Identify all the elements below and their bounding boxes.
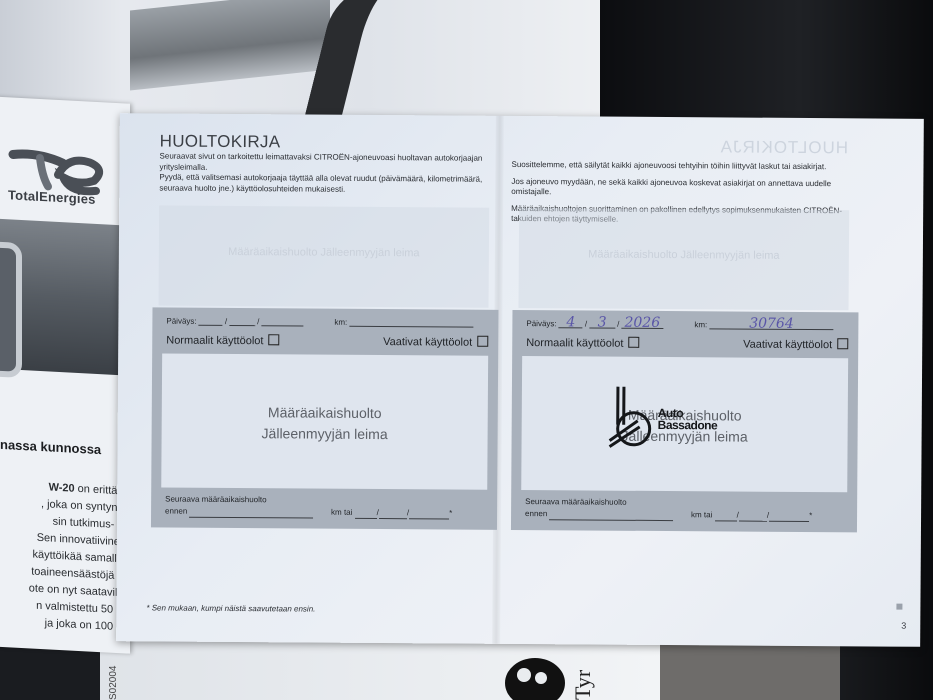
- severe-conditions-checkbox[interactable]: [837, 338, 848, 349]
- severe-conditions-option[interactable]: Vaativat käyttöolot: [383, 335, 488, 349]
- km-label: km:: [694, 320, 707, 329]
- date-year-value: 2026: [624, 315, 660, 331]
- next-date-year-field[interactable]: [769, 513, 809, 522]
- leaflet-heading: nassa kunnossa: [0, 437, 101, 457]
- normal-conditions-option[interactable]: Normaalit käyttöolot: [526, 336, 639, 350]
- intro-left: Seuraavat sivut on tarkoitettu leimattav…: [159, 151, 489, 195]
- severe-conditions-label: Vaativat käyttöolot: [743, 339, 832, 352]
- date-day-field[interactable]: [199, 317, 223, 326]
- page-number: 3: [901, 621, 906, 631]
- date-month-field[interactable]: [229, 317, 255, 326]
- page-mark: [896, 604, 902, 610]
- date-month-value: 3: [598, 315, 607, 331]
- next-date-month-field[interactable]: [379, 510, 407, 519]
- next-date-day-field[interactable]: [355, 510, 377, 519]
- before-label: ennen: [525, 509, 547, 518]
- stamp-area-label: Määräaikaishuolto: [162, 402, 488, 425]
- page-title: HUOLTOKIRJA: [160, 131, 281, 152]
- intro-left-paragraph: Seuraavat sivut on tarkoitettu leimattav…: [159, 151, 489, 174]
- dealer-stamp-logo: AutoBassadone: [607, 385, 747, 456]
- km-field[interactable]: [349, 318, 473, 328]
- km-label: km:: [334, 318, 347, 327]
- before-label: ennen: [165, 507, 187, 516]
- next-date-month-field[interactable]: [739, 513, 767, 522]
- km-or-label: km tai: [331, 508, 352, 517]
- date-day-value: 4: [566, 314, 575, 330]
- leaflet-body: W-20 on erittäin, joka on syntynytsin tu…: [0, 477, 126, 637]
- date-year-field[interactable]: 2026: [621, 320, 663, 329]
- next-service-km-field[interactable]: [550, 511, 674, 521]
- next-date-year-field[interactable]: [409, 510, 449, 519]
- oil-can-icon: [0, 241, 22, 378]
- background-bottom-grey: [660, 640, 840, 700]
- normal-conditions-label: Normaalit käyttöolot: [526, 337, 623, 350]
- serial-text: S02004: [108, 666, 119, 700]
- normal-conditions-checkbox[interactable]: [629, 337, 640, 348]
- normal-conditions-checkbox[interactable]: [269, 334, 280, 345]
- totalenergies-leaflet: TotalEnergies nassa kunnossa W-20 on eri…: [0, 96, 130, 653]
- intro-right-paragraph: Suosittelemme, että säilytät kaikki ajon…: [511, 160, 851, 173]
- date-month-field[interactable]: 3: [589, 319, 615, 328]
- dealer-stamp-area: Määräaikaishuolto Jälleenmyyjän leima: [161, 354, 488, 490]
- dealer-stamp-name: AutoBassadone: [658, 407, 718, 431]
- show-through-box: Määräaikaishuolto Jälleenmyyjän leima: [159, 205, 490, 307]
- next-service-km-field[interactable]: [190, 509, 314, 519]
- severe-conditions-checkbox[interactable]: [477, 336, 488, 347]
- mirrored-title: HUOLTOKIRJA: [720, 137, 849, 158]
- date-label: Päiväys:: [166, 317, 196, 326]
- date-year-field[interactable]: [261, 317, 303, 326]
- intro-right-paragraph: Jos ajoneuvo myydään, ne sekä kaikki ajo…: [511, 176, 851, 199]
- bottom-logo-icon: [505, 658, 565, 700]
- km-value: 30764: [749, 316, 794, 332]
- km-field[interactable]: 30764: [709, 320, 833, 330]
- show-through-text: Määräaikaishuolto Jälleenmyyjän leima: [159, 245, 489, 259]
- km-or-label: km tai: [691, 510, 712, 519]
- service-stamp-card: Päiväys: // km: Normaalit käyttöolot Vaa…: [151, 307, 499, 529]
- bottom-brand-text: Tyr: [570, 670, 596, 700]
- intro-left-paragraph: Pyydä, että valitsemasi autokorjaaja täy…: [159, 172, 489, 195]
- date-label: Päiväys:: [526, 319, 556, 328]
- date-day-field[interactable]: 4: [559, 319, 583, 328]
- next-date-day-field[interactable]: [715, 512, 737, 521]
- service-booklet-page: HUOLTOKIRJA HUOLTOKIRJA Seuraavat sivut …: [116, 113, 924, 647]
- asterisk: *: [449, 509, 452, 518]
- normal-conditions-label: Normaalit käyttöolot: [166, 335, 263, 348]
- asterisk: *: [809, 511, 812, 520]
- show-through-text: Määräaikaishuolto Jälleenmyyjän leima: [519, 248, 849, 262]
- severe-conditions-label: Vaativat käyttöolot: [383, 336, 472, 349]
- show-through-box: Määräaikaishuolto Jälleenmyyjän leima: [519, 208, 850, 310]
- dealer-stamp-area: Määräaikaishuolto Jälleenmyyjän leima Au…: [521, 356, 848, 492]
- footnote: * Sen mukaan, kumpi näistä saavutetaan e…: [146, 603, 315, 613]
- severe-conditions-option[interactable]: Vaativat käyttöolot: [743, 338, 848, 352]
- service-stamp-card: Päiväys: 4/3/2026 km: 30764 Normaalit kä…: [511, 310, 859, 532]
- stamp-area-label: Jälleenmyyjän leima: [162, 422, 488, 445]
- leaflet-brand: TotalEnergies: [8, 187, 96, 207]
- normal-conditions-option[interactable]: Normaalit käyttöolot: [166, 334, 279, 348]
